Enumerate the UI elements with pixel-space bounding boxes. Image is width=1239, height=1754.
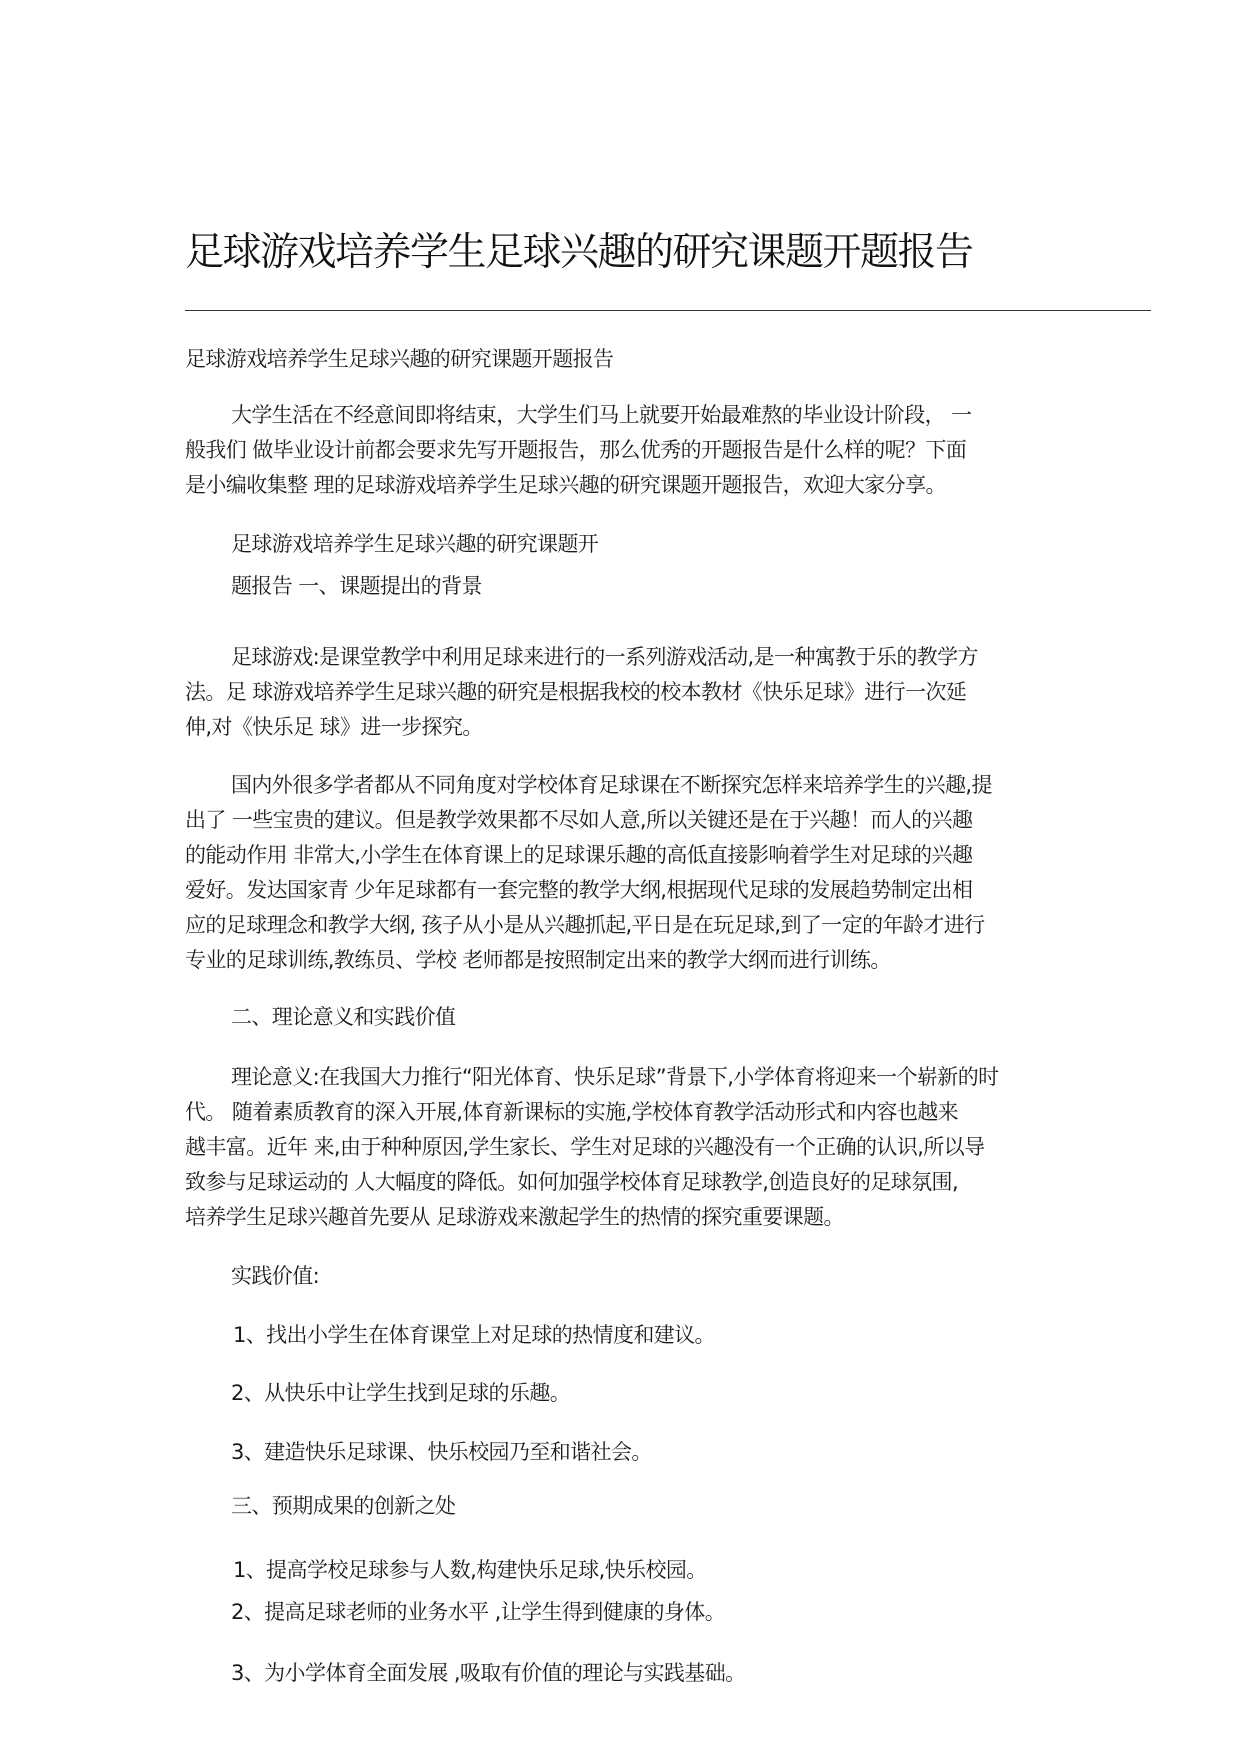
paragraph-line: 伸,对《快乐足 球》进一步探究。 <box>185 710 1105 745</box>
list-item: 3、为小学体育全面发展 ,吸取有价值的理论与实践基础。 <box>231 1656 746 1691</box>
paragraph-line: 致参与足球运动的 人大幅度的降低。如何加强学校体育足球教学,创造良好的足球氛围, <box>185 1165 1105 1200</box>
section-3-heading: 三、预期成果的创新之处 <box>231 1489 455 1524</box>
intro-line: 是小编收集整 理的足球游戏培养学生足球兴趣的研究课题开题报告，欢迎大家分享。 <box>185 468 1105 503</box>
list-item: 3、建造快乐足球课、快乐校园乃至和谐社会。 <box>231 1435 652 1470</box>
report-heading-line: 题报告 一、课题提出的背景 <box>231 569 482 604</box>
section-2-heading: 二、理论意义和实践价值 <box>231 1000 455 1035</box>
list-item: 1、提高学校足球参与人数,构建快乐足球,快乐校园。 <box>233 1553 707 1588</box>
page-title: 足球游戏培养学生足球兴趣的研究课题开题报告 <box>185 228 973 278</box>
subtitle: 足球游戏培养学生足球兴趣的研究课题开题报告 <box>185 342 1105 377</box>
paragraph-line: 爱好。发达国家青 少年足球都有一套完整的教学大纲,根据现代足球的发展趋势制定出相 <box>185 873 1105 908</box>
intro-line: 般我们 做毕业设计前都会要求先写开题报告，那么优秀的开题报告是什么样的呢？下面 <box>185 433 1105 468</box>
intro-line: 大学生活在不经意间即将结束，大学生们马上就要开始最难熬的毕业设计阶段， 一 <box>231 398 1151 433</box>
paragraph-line: 代。 随着素质教育的深入开展,体育新课标的实施,学校体育教学活动形式和内容也越来 <box>185 1095 1105 1130</box>
paragraph-line: 法。足 球游戏培养学生足球兴趣的研究是根据我校的校本教材《快乐足球》进行一次延 <box>185 675 1105 710</box>
list-item: 1、找出小学生在体育课堂上对足球的热情度和建议。 <box>233 1318 715 1353</box>
paragraph-line: 应的足球理念和教学大纲, 孩子从小是从兴趣抓起,平日是在玩足球,到了一定的年龄才… <box>185 908 1105 943</box>
paragraph-line: 越丰富。近年 来,由于种种原因,学生家长、学生对足球的兴趣没有一个正确的认识,所… <box>185 1130 1105 1165</box>
report-heading-line: 足球游戏培养学生足球兴趣的研究课题开 <box>231 527 598 562</box>
paragraph-line: 理论意义:在我国大力推行“阳光体育、快乐足球”背景下,小学体育将迎来一个崭新的时 <box>231 1060 1151 1095</box>
paragraph-line: 足球游戏:是课堂教学中利用足球来进行的一系列游戏活动,是一种寓教于乐的教学方 <box>231 640 1151 675</box>
paragraph-line: 的能动作用 非常大,小学生在体育课上的足球课乐趣的高低直接影响着学生对足球的兴趣 <box>185 838 1105 873</box>
paragraph-line: 专业的足球训练,教练员、学校 老师都是按照制定出来的教学大纲而进行训练。 <box>185 943 1105 978</box>
paragraph-line: 出了 一些宝贵的建议。但是教学效果都不尽如人意,所以关键还是在于兴趣！而人的兴趣 <box>185 803 1105 838</box>
list-item: 2、提高足球老师的业务水平 ,让学生得到健康的身体。 <box>231 1595 725 1630</box>
practice-label: 实践价值: <box>231 1259 319 1294</box>
list-item: 2、从快乐中让学生找到足球的乐趣。 <box>231 1376 570 1411</box>
paragraph-line: 培养学生足球兴趣首先要从 足球游戏来激起学生的热情的探究重要课题。 <box>185 1200 1105 1235</box>
title-divider <box>185 310 1151 311</box>
paragraph-line: 国内外很多学者都从不同角度对学校体育足球课在不断探究怎样来培养学生的兴趣,提 <box>231 768 1151 803</box>
